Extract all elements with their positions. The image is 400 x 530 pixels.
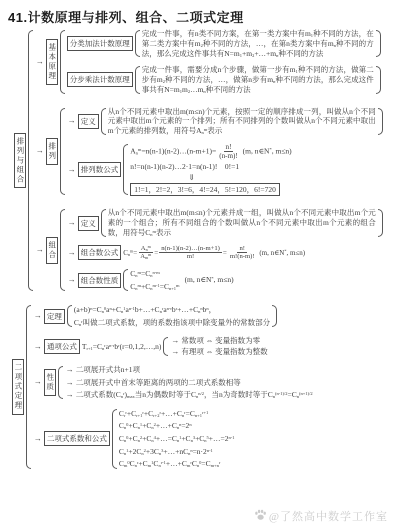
page-title: 41.计数原理与排列、组合、二项式定理 [8, 7, 398, 26]
arrow-icon: → [68, 117, 76, 125]
box-permutation-formula: 排列数公式 [78, 162, 122, 177]
paren-left [67, 305, 72, 327]
coefficient-sum-line-4: Cn1+2Cn2+3Cn3+…+nCnn=n·2n-1 [119, 446, 235, 458]
combination-formula-line: Cnm=AnmAmm=n(n-1)(n-2)…(n-m+1)m!=n!m!(n-… [123, 245, 305, 261]
branch-box-basic-principle: 基本原理 [46, 39, 58, 85]
tree1-brace [28, 30, 33, 291]
arrow-icon: → [66, 366, 74, 374]
arrow-icon: → [34, 312, 42, 320]
double-down-arrow-icon: ⇓ [188, 174, 291, 182]
general-term-formula: Tr+1=Cnran-rbr(r=0,1,2,…,n) [82, 341, 161, 353]
constant-term-note: 常数项 ⇔ 变量指数为零 [181, 336, 260, 346]
arrow-icon: → [171, 337, 179, 345]
box-classification-addition-principle: 分类加法计数原理 [67, 36, 133, 51]
permutation-definition-box: 定义 [78, 114, 99, 129]
combination-definition-item: → 定义 从n个不同元素中取出m(m≤n)个元素并成一组，叫做从n个不同元素中取… [67, 208, 385, 237]
binomial-properties-item: → 性质 → 二项展开式共n+1项 → 二项展开式中首末等距离的两项的二项式系数… [33, 365, 313, 400]
theorem-line-2: Cnr叫做二项式系数，项的系数指该项中除变量外的常数部分 [74, 317, 270, 329]
worksheet-page: 41.计数原理与排列、组合、二项式定理 排列与组合 → 基本原理 分类加法计数原… [0, 0, 400, 470]
paren-right [376, 30, 381, 57]
coefficient-sum-line-2: Cn0+Cn1+Cn2+…+Cnn=2n [119, 420, 235, 432]
paw-icon [254, 509, 267, 524]
general-term-brace [163, 337, 168, 356]
paren-right [376, 66, 381, 93]
paren-left [101, 209, 106, 236]
box-combination-properties: 组合数性质 [78, 273, 122, 288]
binomial-properties-brace [58, 366, 63, 399]
arrow-icon: → [34, 343, 42, 351]
tree-permutation-combination: 排列与组合 → 基本原理 分类加法计数原理 完成一件事，有n类不同方案，在第一类… [14, 29, 398, 292]
paren-right [272, 305, 277, 327]
combination-brace [60, 209, 65, 291]
watermark-text: @了然高中数学工作室 [269, 508, 388, 524]
box-binomial-properties: 性质 [44, 369, 56, 396]
arrow-icon: → [171, 348, 179, 356]
box-theorem: 定理 [44, 309, 65, 324]
paren-left [135, 66, 140, 93]
arrow-icon: → [66, 391, 74, 399]
coefficient-sum-line-5: Cm0Cnr+Cm1Cnr-1+…+CmrCn0=Cm+nr [119, 458, 235, 470]
paren-left [135, 30, 140, 57]
rational-term-row: → 有理项 ⇔ 变量指数为整数 [170, 347, 267, 357]
theorem-line-1: (a+b)n=Cn0an+Cn1an-1b+…+Cnran-rbr+…+Cnnb… [74, 304, 270, 316]
permutation-brace [60, 108, 65, 196]
permutation-formula-line-1: Anm=n(n-1)(n-2)…(n-m+1)=n!(n-m)! (m, n∈N… [130, 143, 291, 160]
combination-formula-item: → 组合数公式 Cnm=AnmAmm=n(n-1)(n-2)…(n-m+1)m!… [67, 245, 385, 261]
box-general-term-formula: 通项公式 [44, 339, 80, 354]
tree-binomial-theorem: 二项式定理 → 定理 (a+b)n=Cn0an+Cn1an-1b+…+Cnran… [12, 304, 398, 470]
box-coefficient-sum-formulas: 二项式系数和公式 [44, 431, 110, 446]
arrow-icon: → [36, 58, 44, 66]
box-step-multiplication-principle: 分步乘法计数原理 [67, 72, 133, 87]
branch-combination: → 组合 → 定义 从n个不同元素中取出m(m≤n)个元素并成一组，叫做从n个不… [35, 208, 385, 292]
rational-term-note: 有理项 ⇔ 变量指数为整数 [181, 347, 267, 357]
combination-definition-box: 定义 [78, 216, 99, 231]
root-box-binomial-theorem: 二项式定理 [12, 359, 24, 415]
properties-brace [123, 269, 128, 291]
coefficient-sums-item: → 二项式系数和公式 Crr+Cr+1r+Cr+2r+…+Cnr=Cn+1r+1… [33, 408, 313, 470]
branch-box-combination: 组合 [46, 237, 58, 264]
arrow-icon: → [34, 435, 42, 443]
multiplication-principle-item: 分步乘法计数原理 完成一件事，需要分成n个步骤，做第一步有m1种不同的方法，做第… [67, 65, 383, 94]
arrow-icon: → [68, 276, 76, 284]
tree2-brace [26, 305, 31, 469]
coefficient-sums-brace [112, 409, 117, 469]
binomial-property-1: 二项展开式共n+1项 [76, 365, 140, 375]
branch-box-permutation: 排列 [46, 138, 58, 165]
binomial-property-2: 二项展开式中首末等距离的两项的二项式系数相等 [76, 378, 241, 388]
permutation-definition-text: 从n个不同元素中取出m(m≤n)个元素，按照一定的顺序排成一列，叫做从n个不同元… [108, 107, 376, 136]
arrow-icon: → [66, 379, 74, 387]
binomial-property-3: 二项式系数(Cnr)max当n为偶数时等于Cnn/2，当n为奇数时等于Cn(n-… [76, 390, 313, 399]
constant-term-row: → 常数项 ⇔ 变量指数为零 [170, 336, 267, 346]
watermark: @了然高中数学工作室 [254, 508, 388, 524]
formula-brace [123, 144, 128, 196]
arrow-icon: → [68, 249, 76, 257]
multiplication-principle-text: 完成一件事，需要分成n个步骤，做第一步有m1种不同的方法，做第二步有m2种不同的… [142, 65, 374, 94]
paren-right [378, 209, 383, 236]
general-term-item: → 通项公式 Tr+1=Cnran-rbr(r=0,1,2,…,n) → 常数项… [33, 336, 313, 357]
basic-principle-brace [60, 30, 65, 94]
arrow-icon: → [36, 147, 44, 155]
branch-basic-principle: → 基本原理 分类加法计数原理 完成一件事，有n类不同方案，在第一类方案中有m1… [35, 29, 385, 95]
paren-left [101, 108, 106, 135]
arrow-icon: → [36, 246, 44, 254]
addition-principle-text: 完成一件事，有n类不同方案，在第一类方案中有m1种不同的方法，在第二类方案中有m… [142, 29, 374, 58]
permutation-formula-item: → 排列数公式 Anm=n(n-1)(n-2)…(n-m+1)=n!(n-m)!… [67, 143, 385, 197]
branch-permutation: → 排列 → 定义 从n个不同元素中取出m(m≤n)个元素，按照一定的顺序排成一… [35, 107, 385, 197]
coefficient-sum-line-3: Cn0+Cn2+Cn4+…=Cn1+Cn3+Cn5+…=2n-1 [119, 433, 235, 445]
combination-property-line-1: Cnm=Cnn-m [130, 268, 179, 280]
combination-property-line-2: Cnm+Cnm-1=Cn+1m [130, 281, 179, 293]
theorem-item: → 定理 (a+b)n=Cn0an+Cn1an-1b+…+Cnran-rbr+…… [33, 304, 313, 328]
box-combination-formula: 组合数公式 [78, 245, 122, 260]
coefficient-sum-line-1: Crr+Cr+1r+Cr+2r+…+Cnr=Cn+1r+1 [119, 408, 235, 420]
binomial-property-row-1: → 二项展开式共n+1项 [65, 365, 313, 375]
arrow-icon: → [68, 166, 76, 174]
combination-property-condition: (m, n∈N*, m≤n) [185, 274, 234, 286]
combination-properties-item: → 组合数性质 Cnm=Cnn-m Cnm+Cnm-1=Cn+1m (m, n∈… [67, 268, 385, 292]
binomial-property-row-3: → 二项式系数(Cnr)max当n为偶数时等于Cnn/2，当n为奇数时等于Cn(… [65, 390, 313, 399]
addition-principle-item: 分类加法计数原理 完成一件事，有n类不同方案，在第一类方案中有m1种不同的方法，… [67, 29, 383, 58]
permutation-definition-item: → 定义 从n个不同元素中取出m(m≤n)个元素，按照一定的顺序排成一列，叫做从… [67, 107, 385, 136]
permutation-formula-line-2: n!=n(n-1)(n-2)…2·1=n(n-1)! 0!=1 [130, 161, 291, 173]
combination-definition-text: 从n个不同元素中取出m(m≤n)个元素并成一组，叫做从n个不同元素中取出m个元素… [108, 208, 376, 237]
root-box-permutation-combination: 排列与组合 [14, 133, 26, 189]
paren-right [378, 108, 383, 135]
binomial-property-row-2: → 二项展开式中首末等距离的两项的二项式系数相等 [65, 378, 313, 388]
arrow-icon: → [34, 378, 42, 386]
arrow-icon: → [68, 219, 76, 227]
factorial-values-line: 1!=1，2!=2，3!=6，4!=24，5!=120，6!=720 [130, 183, 280, 197]
